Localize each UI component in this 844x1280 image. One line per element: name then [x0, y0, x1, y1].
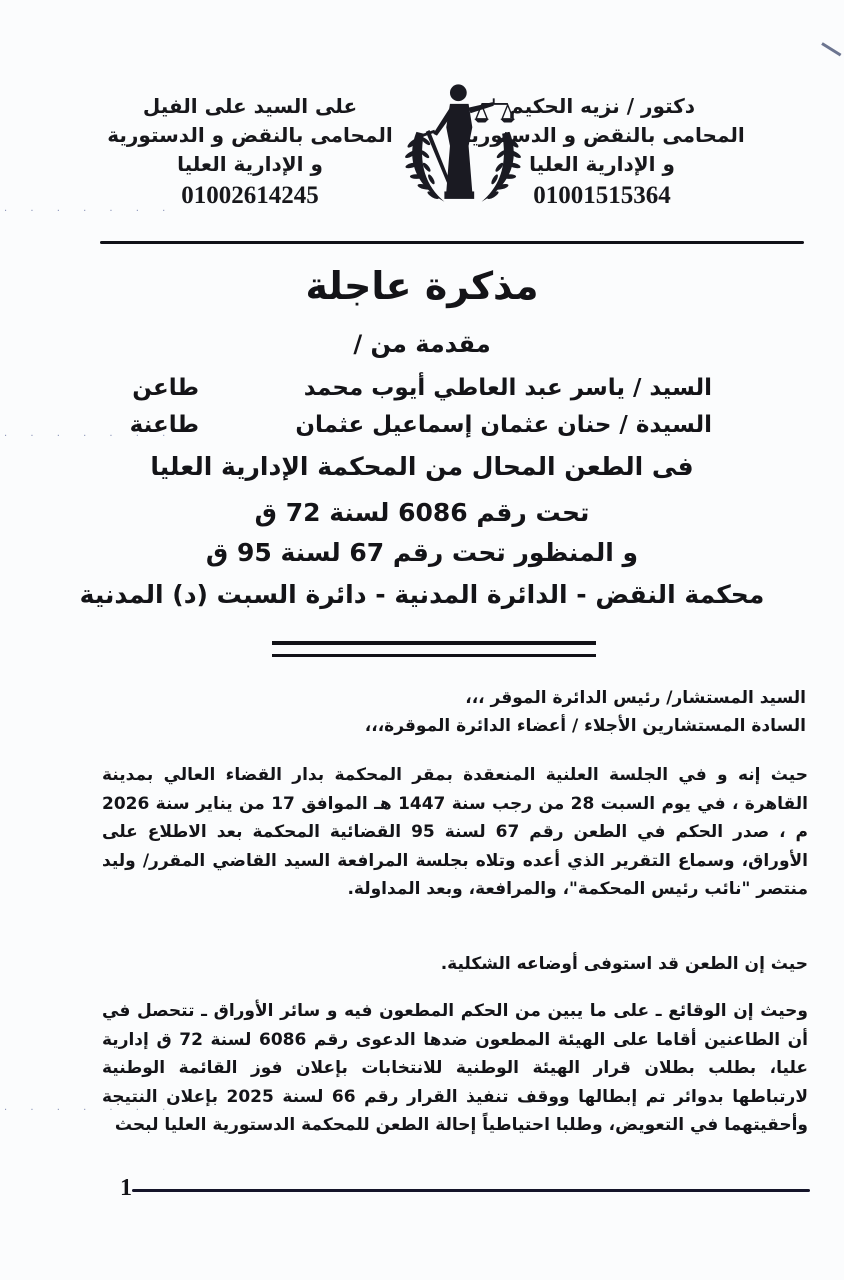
lawyer-name: على السيد على الفيل	[90, 92, 410, 121]
footer-divider	[132, 1189, 810, 1192]
letterhead-left: على السيد على الفيل المحامى بالنقض و الد…	[90, 92, 410, 210]
paragraph-1: حيث إنه و في الجلسة العلنية المنعقدة بمق…	[102, 761, 808, 904]
paragraph-3: وحيث إن الوقائع ـ على ما يبين من الحكم ا…	[102, 997, 808, 1140]
lawyer-title: المحامى بالنقض و الدستورية	[90, 121, 410, 150]
scan-artifact: . . . . . . .	[4, 203, 175, 214]
double-divider-top	[272, 641, 596, 645]
lawyer-title-2: و الإدارية العليا	[90, 150, 410, 179]
party-name-1: السيد / ياسر عبد العاطي أيوب محمد	[304, 375, 712, 401]
document-subtitle: مقدمة من /	[0, 330, 844, 358]
case-line-4: محكمة النقض - الدائرة المدنية - دائرة ال…	[0, 580, 844, 609]
double-divider-bottom	[272, 654, 596, 657]
addressee-2: السادة المستشارين الأجلاء / أعضاء الدائر…	[365, 716, 806, 736]
party-role-1: طاعن	[132, 375, 199, 401]
document-page: دكتور / نزيه الحكيم المحامى بالنقض و الد…	[0, 0, 844, 1280]
paragraph-2: حيث إن الطعن قد استوفى أوضاعه الشكلية.	[102, 950, 808, 979]
case-line-2: تحت رقم 6086 لسنة 72 ق	[0, 498, 844, 527]
party-role-2: طاعنة	[130, 412, 199, 438]
page-number: 1	[120, 1175, 132, 1202]
case-line-1: فى الطعن المحال من المحكمة الإدارية العل…	[0, 452, 844, 481]
addressee-1: السيد المستشار/ رئيس الدائرة الموقر ،،،	[465, 688, 806, 708]
lady-justice-icon	[388, 76, 538, 211]
pen-mark	[821, 42, 841, 56]
party-name-2: السيدة / حنان عثمان إسماعيل عثمان	[295, 412, 712, 438]
header-divider	[100, 241, 804, 244]
case-line-3: و المنظور تحت رقم 67 لسنة 95 ق	[0, 538, 844, 567]
document-title: مذكرة عاجلة	[0, 262, 844, 310]
